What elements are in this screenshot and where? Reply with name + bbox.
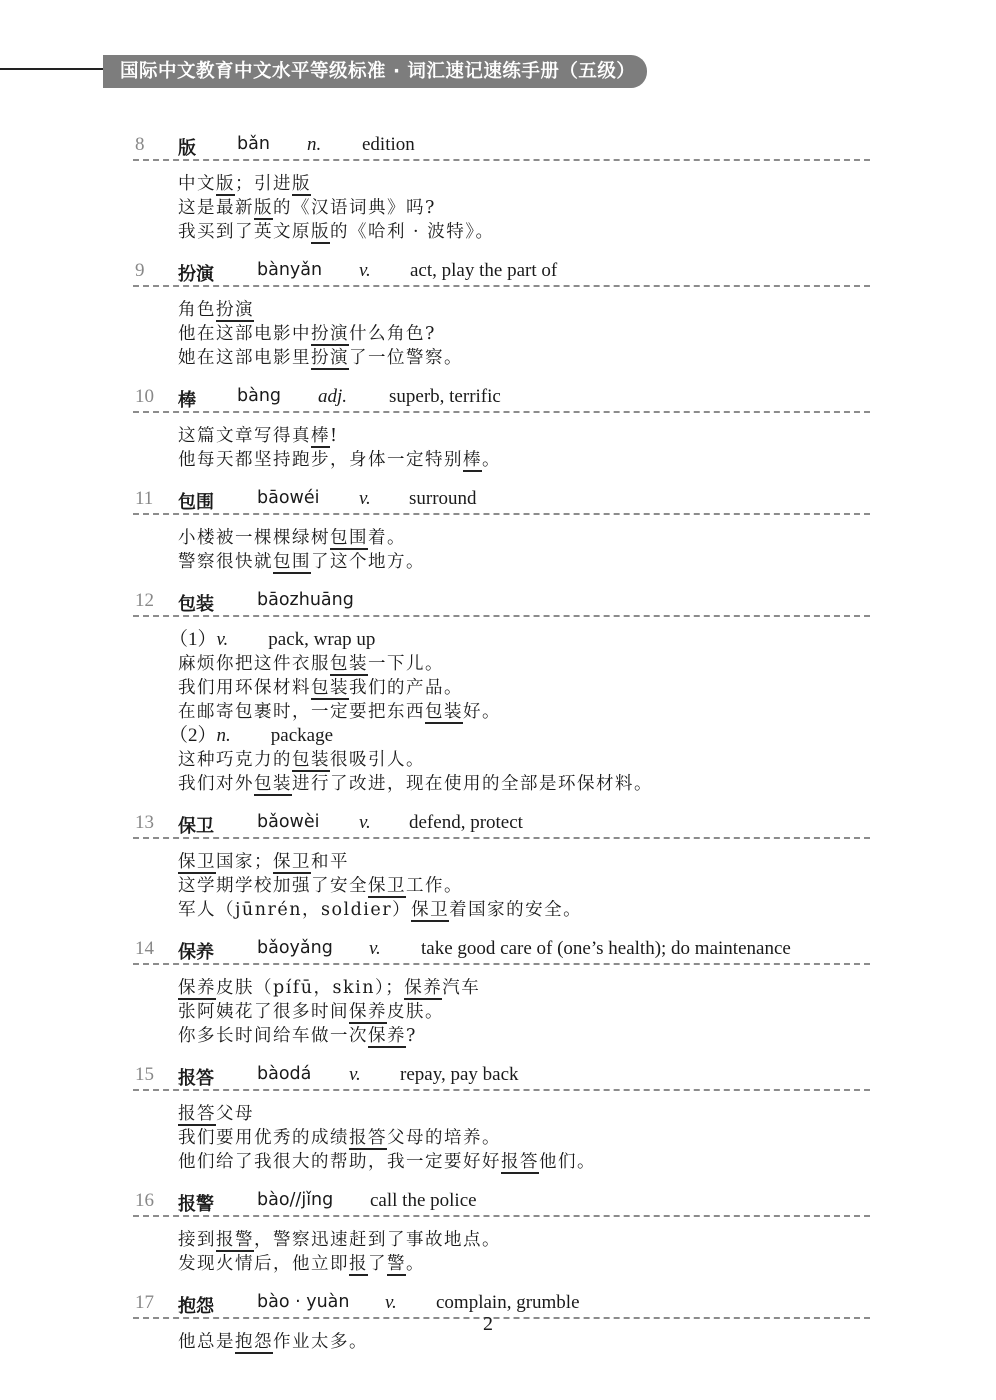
pinyin: bāowéi [257, 488, 319, 508]
example-sentence: 麻烦你把这件衣服包装一下儿。 [178, 652, 870, 676]
page-number: 2 [0, 1313, 976, 1336]
sense-header: （2）n.package [178, 724, 870, 748]
example-sentence: 我们对外包装进行了改进，现在使用的全部是环保材料。 [178, 772, 870, 796]
pinyin: bào · yuàn [257, 1292, 350, 1312]
example-sentence: 她在这部电影里扮演了一位警察。 [178, 346, 870, 370]
example-sentence: 这篇文章写得真棒! [178, 424, 870, 448]
book-title-banner: 国际中文教育中文水平等级标准 · 词汇速记速练手册（五级） [103, 55, 647, 88]
example-list: 报答父母我们要用优秀的成绩报答父母的培养。他们给了我很大的帮助，我一定要好好报答… [133, 1091, 870, 1182]
pinyin: bào//jǐng [257, 1190, 333, 1210]
pinyin: bǎn [237, 134, 270, 154]
headword: 保卫 [178, 812, 214, 838]
entry-number: 11 [135, 488, 153, 510]
entry-header: 15报答bàodáv.repay, pay back [133, 1058, 870, 1091]
vocabulary-list: 8版bǎnn.edition中文版；引进版这是最新版的《汉语词典》吗?我买到了英… [133, 128, 870, 1364]
vocab-entry: 10棒bàngadj.superb, terrific这篇文章写得真棒!他每天都… [133, 380, 870, 480]
pinyin: bǎowèi [257, 812, 319, 832]
example-sentence: 小楼被一棵棵绿树包围着。 [178, 526, 870, 550]
english-gloss: package [271, 725, 333, 746]
headword: 棒 [178, 386, 196, 412]
example-sentence: 角色扮演 [178, 298, 870, 322]
example-list: 中文版；引进版这是最新版的《汉语词典》吗?我买到了英文原版的《哈利 · 波特》。 [133, 161, 870, 252]
sense-label: （2） [169, 725, 217, 746]
entry-header: 8版bǎnn.edition [133, 128, 870, 161]
example-list: 小楼被一棵棵绿树包围着。警察很快就包围了这个地方。 [133, 515, 870, 582]
entry-number: 16 [135, 1190, 154, 1212]
entry-header: 11包围bāowéiv.surround [133, 482, 870, 515]
entry-header: 14保养bǎoyǎngv.take good care of (one’s he… [133, 932, 870, 965]
entry-header: 13保卫bǎowèiv.defend, protect [133, 806, 870, 839]
entry-number: 15 [135, 1064, 154, 1086]
headword: 保养 [178, 938, 214, 964]
example-sentence: 他在这部电影中扮演什么角色? [178, 322, 870, 346]
vocab-entry: 8版bǎnn.edition中文版；引进版这是最新版的《汉语词典》吗?我买到了英… [133, 128, 870, 252]
english-gloss: pack, wrap up [268, 629, 375, 650]
english-gloss: defend, protect [409, 812, 523, 834]
entry-header: 9扮演bànyǎnv.act, play the part of [133, 254, 870, 287]
vocab-entry: 11包围bāowéiv.surround小楼被一棵棵绿树包围着。警察很快就包围了… [133, 482, 870, 582]
sense-label: （1） [169, 629, 217, 650]
example-sentence: 这种巧克力的包装很吸引人。 [178, 748, 870, 772]
english-gloss: complain, grumble [436, 1292, 580, 1314]
entry-number: 9 [135, 260, 145, 282]
example-sentence: 这学期学校加强了安全保卫工作。 [178, 874, 870, 898]
example-list: 接到报警，警察迅速赶到了事故地点。发现火情后，他立即报了警。 [133, 1217, 870, 1284]
example-sentence: 军人（jūnrén，soldier）保卫着国家的安全。 [178, 898, 870, 922]
example-sentence: 在邮寄包裹时，一定要把东西包装好。 [178, 700, 870, 724]
headword: 包围 [178, 488, 214, 514]
english-gloss: edition [362, 134, 415, 156]
example-sentence: 接到报警，警察迅速赶到了事故地点。 [178, 1228, 870, 1252]
example-list: 这篇文章写得真棒!他每天都坚持跑步，身体一定特别棒。 [133, 413, 870, 480]
example-sentence: 张阿姨花了很多时间保养皮肤。 [178, 1000, 870, 1024]
vocab-entry: 13保卫bǎowèiv.defend, protect保卫国家；保卫和平这学期学… [133, 806, 870, 930]
part-of-speech: v. [359, 488, 371, 510]
pinyin: bǎoyǎng [257, 938, 333, 958]
entry-header: 12包装bāozhuāng [133, 584, 870, 617]
pinyin: bànyǎn [257, 260, 322, 280]
vocab-entry: 16报警bào//jǐngcall the police接到报警，警察迅速赶到了… [133, 1184, 870, 1284]
example-sentence: 警察很快就包围了这个地方。 [178, 550, 870, 574]
headword: 报警 [178, 1190, 214, 1216]
example-sentence: 我们要用优秀的成绩报答父母的培养。 [178, 1126, 870, 1150]
example-list: 保卫国家；保卫和平这学期学校加强了安全保卫工作。军人（jūnrén，soldie… [133, 839, 870, 930]
headword: 报答 [178, 1064, 214, 1090]
entry-number: 12 [135, 590, 154, 612]
example-sentence: 我买到了英文原版的《哈利 · 波特》。 [178, 220, 870, 244]
example-sentence: 发现火情后，他立即报了警。 [178, 1252, 870, 1276]
vocab-entry: 12包装bāozhuāng（1）v.pack, wrap up麻烦你把这件衣服包… [133, 584, 870, 804]
english-gloss: surround [409, 488, 477, 510]
header-rule [0, 68, 112, 70]
part-of-speech: v. [385, 1292, 397, 1314]
example-list: （1）v.pack, wrap up麻烦你把这件衣服包装一下儿。我们用环保材料包… [133, 617, 870, 804]
entry-number: 8 [135, 134, 145, 156]
example-sentence: 报答父母 [178, 1102, 870, 1126]
part-of-speech: v. [359, 812, 371, 834]
example-list: 保养皮肤（pífū，skin）；保养汽车张阿姨花了很多时间保养皮肤。你多长时间给… [133, 965, 870, 1056]
part-of-speech: v. [359, 260, 371, 282]
example-list: 角色扮演他在这部电影中扮演什么角色?她在这部电影里扮演了一位警察。 [133, 287, 870, 378]
example-sentence: 他每天都坚持跑步，身体一定特别棒。 [178, 448, 870, 472]
example-sentence: 你多长时间给车做一次保养? [178, 1024, 870, 1048]
entry-number: 14 [135, 938, 154, 960]
example-sentence: 我们用环保材料包装我们的产品。 [178, 676, 870, 700]
english-gloss: repay, pay back [400, 1064, 519, 1086]
part-of-speech: n. [217, 725, 231, 746]
english-gloss: take good care of (one’s health); do mai… [421, 938, 791, 960]
pinyin: bāozhuāng [257, 590, 354, 610]
entry-header: 16报警bào//jǐngcall the police [133, 1184, 870, 1217]
english-gloss: call the police [370, 1190, 477, 1212]
example-sentence: 这是最新版的《汉语词典》吗? [178, 196, 870, 220]
headword: 扮演 [178, 260, 214, 286]
example-sentence: 保卫国家；保卫和平 [178, 850, 870, 874]
part-of-speech: v. [217, 629, 229, 650]
part-of-speech: n. [307, 134, 321, 156]
english-gloss: superb, terrific [389, 386, 501, 408]
example-sentence: 保养皮肤（pífū，skin）；保养汽车 [178, 976, 870, 1000]
pinyin: bàng [237, 386, 281, 406]
part-of-speech: v. [349, 1064, 361, 1086]
pinyin: bàodá [257, 1064, 311, 1084]
entry-header: 10棒bàngadj.superb, terrific [133, 380, 870, 413]
sense-header: （1）v.pack, wrap up [178, 628, 870, 652]
english-gloss: act, play the part of [410, 260, 557, 282]
vocab-entry: 15报答bàodáv.repay, pay back报答父母我们要用优秀的成绩报… [133, 1058, 870, 1182]
example-sentence: 中文版；引进版 [178, 172, 870, 196]
headword: 版 [178, 134, 196, 160]
vocab-entry: 14保养bǎoyǎngv.take good care of (one’s he… [133, 932, 870, 1056]
part-of-speech: adj. [318, 386, 347, 408]
entry-number: 17 [135, 1292, 154, 1314]
entry-number: 13 [135, 812, 154, 834]
headword: 包装 [178, 590, 214, 616]
vocab-entry: 9扮演bànyǎnv.act, play the part of角色扮演他在这部… [133, 254, 870, 378]
part-of-speech: v. [369, 938, 381, 960]
example-sentence: 他们给了我很大的帮助，我一定要好好报答他们。 [178, 1150, 870, 1174]
entry-number: 10 [135, 386, 154, 408]
